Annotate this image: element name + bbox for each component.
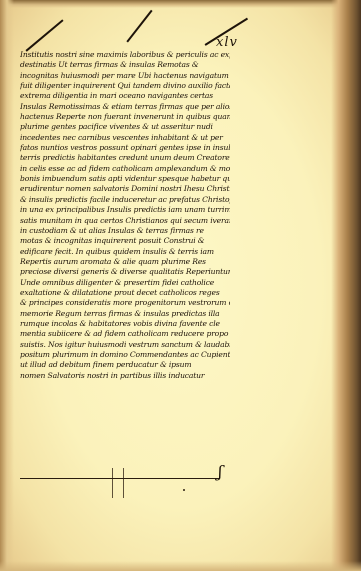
pen-stroke-mark <box>126 10 152 43</box>
manuscript-text: Institutis nostri sine maximis laboribus… <box>20 50 230 381</box>
text-line: satis munitam in qua certos Christianos … <box>20 216 230 226</box>
text-line: in celis esse ac ad fidem catholicam amp… <box>20 164 230 174</box>
text-line: in custodiam & ut alias Insulas & terras… <box>20 226 230 236</box>
text-line: erudirentur nomen salvatoris Domini nost… <box>20 184 230 194</box>
text-line: motas & incognitas inquirerent posuit Co… <box>20 236 230 246</box>
text-line: & insulis predictis facile induceretur a… <box>20 195 230 205</box>
text-line: & principes consideratis more progenitor… <box>20 298 230 308</box>
text-line: hactenus Reperte non fuerant invenerunt … <box>20 112 230 122</box>
text-line: Insulas Remotissimas & etiam terras firm… <box>20 102 230 112</box>
page-bottom-edge <box>0 561 361 571</box>
text-line: incognitas huiusmodi per mare Ubi hacten… <box>20 71 230 81</box>
text-line: ut illud ad debitum finem perducatur & i… <box>20 360 230 370</box>
text-line: destinatis Ut terras firmas & insulas Re… <box>20 60 230 70</box>
page-top-edge <box>0 0 361 8</box>
ink-dot <box>183 489 185 491</box>
text-line: rumque incolas & habitatores vobis divin… <box>20 319 230 329</box>
text-line: Repertis aurum aromata & alie quam pluri… <box>20 257 230 267</box>
page-left-edge <box>0 0 14 571</box>
text-line: Institutis nostri sine maximis laboribus… <box>20 50 230 60</box>
text-line: plurime gentes pacifice viventes & ut as… <box>20 122 230 132</box>
text-line: memorie Regum terras firmas & insulas pr… <box>20 309 230 319</box>
text-line: fatos nuntios vestros possunt opinari ge… <box>20 143 230 153</box>
text-line: mentia subiicere & ad fidem catholicam r… <box>20 329 230 339</box>
text-line: preciose diversi generis & diverse quali… <box>20 267 230 277</box>
text-line: Unde omnibus diligenter & presertim fide… <box>20 278 230 288</box>
text-line: edificare fecit. In quibus quidem insuli… <box>20 247 230 257</box>
flourish-mark: ʃ <box>218 462 222 481</box>
text-line: exaltatione & dilatatione prout decet ca… <box>20 288 230 298</box>
text-line: extrema diligentia in mari oceano naviga… <box>20 91 230 101</box>
text-line: bonis imbuendum satis apti videntur spes… <box>20 174 230 184</box>
pen-stroke-mark <box>25 19 63 51</box>
manuscript-page: xlv Institutis nostri sine maximis labor… <box>0 0 361 571</box>
binding-gutter-shadow <box>331 0 361 571</box>
text-line: incedentes nec carnibus vescentes inhabi… <box>20 133 230 143</box>
text-line: in una ex principalibus Insulis predicti… <box>20 205 230 215</box>
folio-number: xlv <box>216 35 238 50</box>
text-line: nomen Salvatoris nostri in partibus illi… <box>20 371 230 381</box>
text-line: fuit diligenter inquirerent Qui tandem d… <box>20 81 230 91</box>
signature-mark <box>112 468 124 498</box>
text-line: terris predictis habitantes credunt unum… <box>20 153 230 163</box>
text-line: positum plurimum in domino Commendantes … <box>20 350 230 360</box>
text-line: suistis. Nos igitur huiusmodi vestrum sa… <box>20 340 230 350</box>
